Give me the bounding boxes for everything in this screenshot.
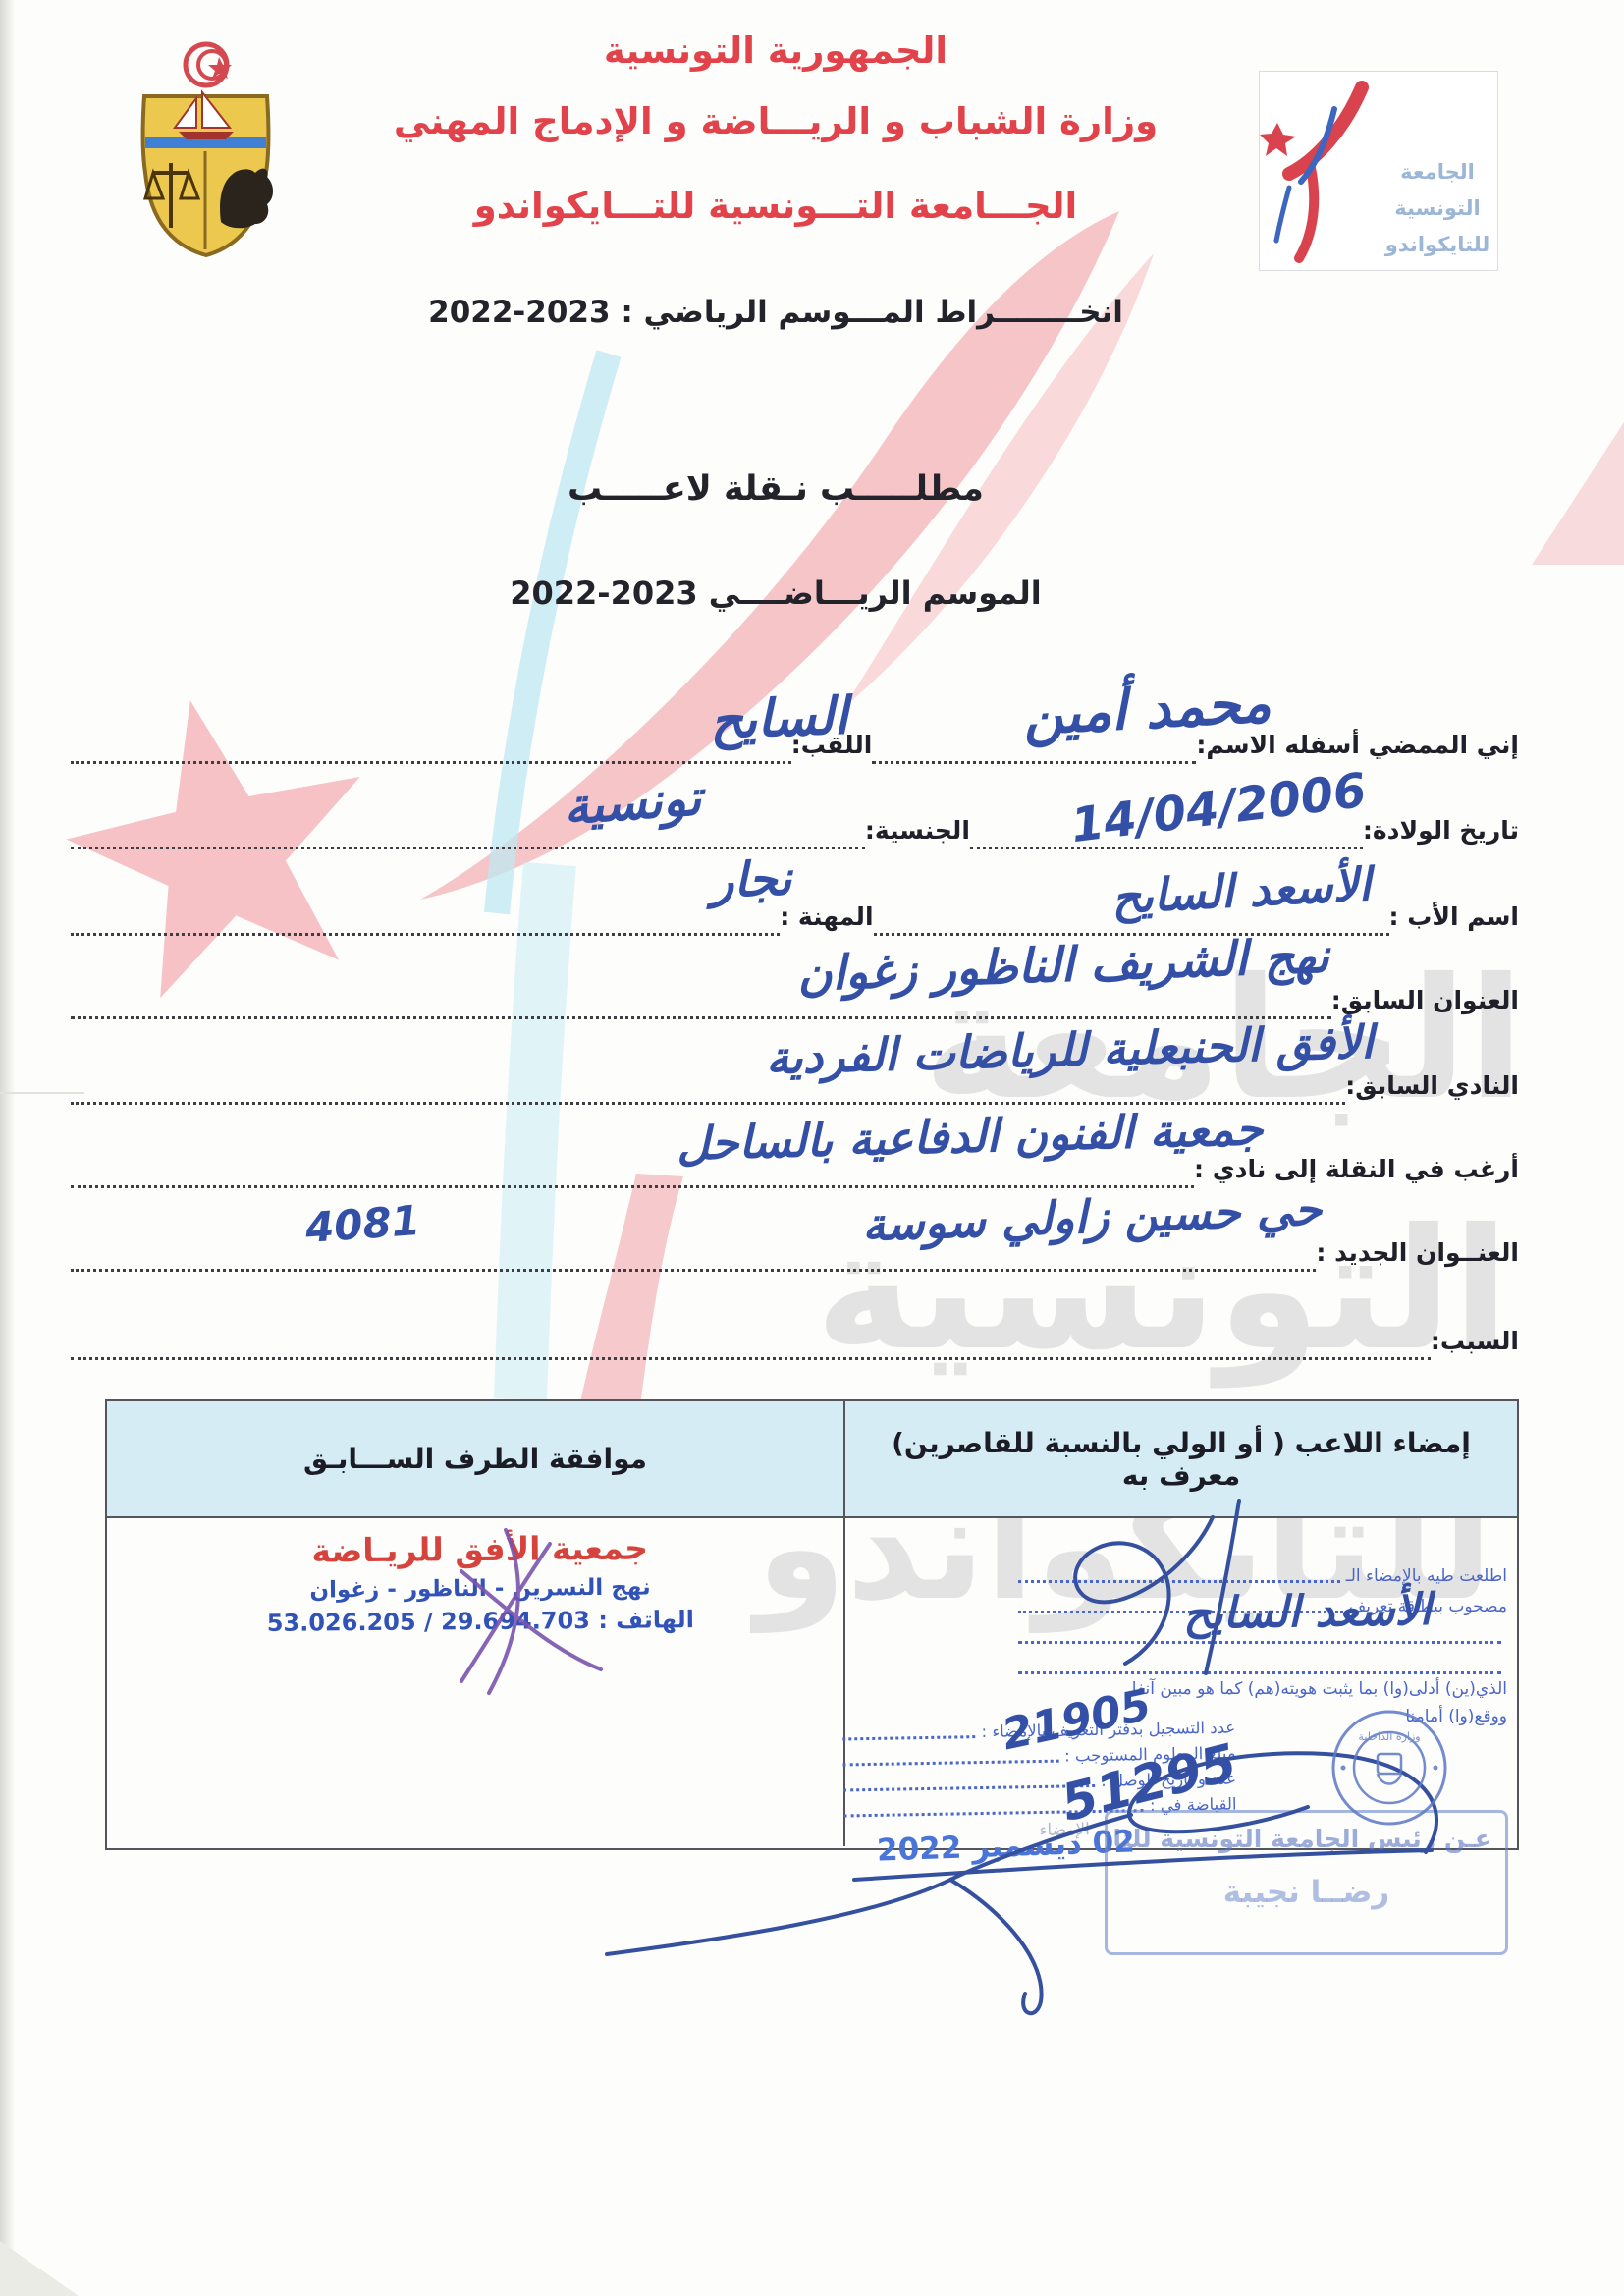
header-cell-previous-party-approval: موافقة الطرف الســـابـق <box>107 1401 843 1516</box>
handwritten-first-name: محمد أمين <box>1021 671 1272 747</box>
field-label-target-club: أرغب في النقلة إلى نادي : <box>1194 1155 1519 1188</box>
field-label-nationality: الجنسية: <box>865 816 970 849</box>
form-line-reason: السبب: <box>71 1299 1519 1360</box>
handwritten-nationality: تونسية <box>562 769 703 836</box>
dotted-line <box>71 837 865 849</box>
field-label-new-address: العنــوان الجديد : <box>1316 1238 1519 1272</box>
dotted-line <box>71 1007 1331 1019</box>
page-title: مطلـــــب نـقلة لاعـــــب <box>0 469 1551 509</box>
season-subtitle: الموسم الريـــاضــــي 2023-2022 <box>0 574 1551 612</box>
dotted-leader <box>842 1727 976 1740</box>
previous-club-stamp: جمعية الأفق للريـاضة نهج النسرين - الناظ… <box>254 1528 707 1637</box>
paper-fold-mark <box>0 1092 84 1094</box>
player-signature-header-label: إمضاء اللاعب ( أو الولي بالنسبة للقاصرين… <box>845 1427 1517 1492</box>
club-stamp-address: نهج النسرين - الناظور - زغوان <box>254 1574 706 1604</box>
president-stamp-title: عـن رئيس الجامعة التونسية للتايكواندو <box>1108 1825 1491 1853</box>
scan-edge-shadow <box>0 0 16 2296</box>
handwritten-profession: نجار <box>710 851 792 909</box>
paper-corner-fold <box>0 2241 79 2296</box>
letterhead-federation: الجـــامعة التـــونسية للتـــايكواندو <box>0 185 1551 227</box>
enrollment-season-line: انخــــــــراط المـــوسم الرياضي : 2023-… <box>0 295 1551 330</box>
field-label-birthdate: تاريخ الولادة: <box>1363 816 1519 849</box>
field-label-father-name: اسم الأب : <box>1389 902 1519 936</box>
dotted-leader <box>1018 1664 1501 1674</box>
letterhead-ministry: وزارة الشباب و الريـــاضة و الإدماج المه… <box>0 100 1551 142</box>
dotted-line <box>71 923 780 936</box>
dotted-line <box>71 1259 1316 1272</box>
table-body-row: اطلعت طيه بالإمضاء الـ مصحوب ببطاقة تعري… <box>107 1518 1517 1846</box>
field-label-reason: السبب: <box>1431 1327 1519 1360</box>
dotted-line <box>71 751 791 764</box>
header-cell-player-signature: إمضاء اللاعب ( أو الولي بالنسبة للقاصرين… <box>843 1401 1517 1516</box>
club-stamp-name: جمعية الأفق للريـاضة <box>254 1528 706 1570</box>
dotted-line <box>71 1347 1431 1360</box>
table-header-row: إمضاء اللاعب ( أو الولي بالنسبة للقاصرين… <box>107 1401 1517 1518</box>
handwritten-postal-code: 4081 <box>304 1196 422 1252</box>
dotted-line <box>872 751 1196 764</box>
field-label-previous-address: العنوان السابق: <box>1331 986 1519 1019</box>
handwritten-surname: السايح <box>709 687 849 751</box>
handwritten-guardian-name: الأسعد السايح <box>1183 1585 1433 1639</box>
scanned-transfer-request-document: الجامعة التونسية للتايكواندو الجامعة <box>0 0 1624 2296</box>
federation-president-stamp: عـن رئيس الجامعة التونسية للتايكواندو رض… <box>1105 1810 1508 1955</box>
dotted-line <box>71 1175 1194 1188</box>
previous-party-approval-cell: جمعية الأفق للريـاضة نهج النسرين - الناظ… <box>107 1518 843 1846</box>
letterhead-republic: الجمهورية التونسية <box>0 29 1551 72</box>
field-label-previous-club: النادي السابق: <box>1345 1071 1519 1105</box>
field-label-profession: المهنة : <box>780 902 873 936</box>
president-stamp-name: رضــا نجيبة <box>1108 1875 1505 1910</box>
dotted-leader <box>1018 1572 1340 1583</box>
dotted-line <box>71 1092 1345 1105</box>
previous-party-header-label: موافقة الطرف الســـابـق <box>274 1443 677 1475</box>
club-stamp-phone: الهاتف : 29.694.703 / 53.026.205 <box>254 1606 706 1637</box>
